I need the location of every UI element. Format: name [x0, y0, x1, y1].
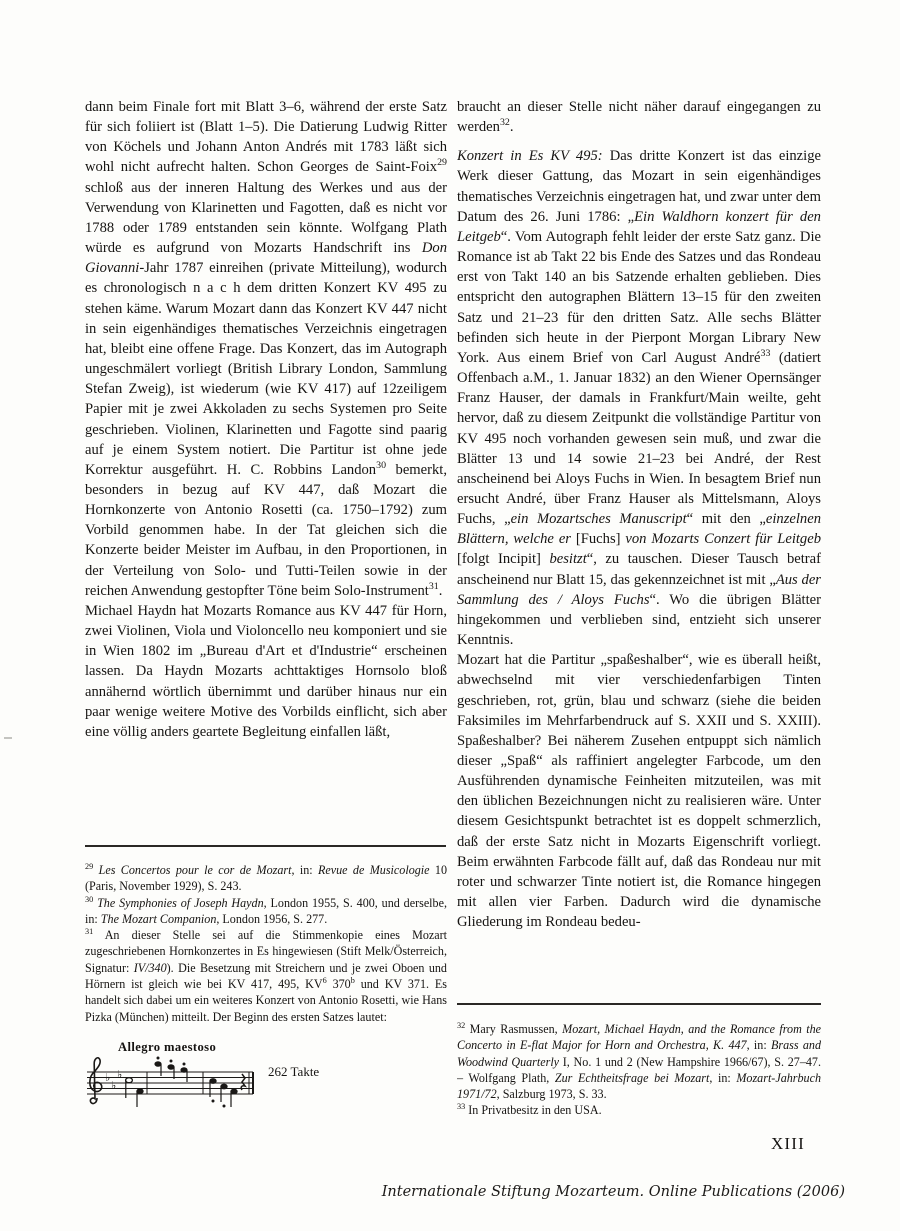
right-column: braucht an dieser Stelle nicht näher dar… [457, 97, 821, 1003]
length-caption: 262 Takte [268, 1064, 319, 1080]
flat-sign: ♭ [111, 1079, 116, 1092]
paragraph: Konzert in Es KV 495: Das dritte Konzert… [457, 146, 821, 650]
paragraph: Michael Haydn hat Mozarts Romance aus KV… [85, 601, 447, 742]
footnote: 32 Mary Rasmussen, Mozart, Michael Haydn… [457, 1021, 821, 1102]
right-footnotes: 32 Mary Rasmussen, Mozart, Michael Haydn… [457, 1021, 821, 1129]
paragraph: braucht an dieser Stelle nicht näher dar… [457, 97, 821, 137]
footnote: 29 Les Concertos pour le cor de Mozart, … [85, 862, 447, 895]
left-column: dann beim Finale fort mit Blatt 3–6, wäh… [85, 97, 447, 845]
footnote: 31 An dieser Stelle sei auf die Stimmenk… [85, 927, 447, 1025]
footer-credit: Internationale Stiftung Mozarteum. Onlin… [382, 1184, 845, 1200]
flat-sign: ♭ [105, 1071, 110, 1084]
footnote: 30 The Symphonies of Joseph Haydn, Londo… [85, 895, 447, 928]
footnote-divider-right [457, 1003, 821, 1005]
treble-clef-icon [90, 1058, 102, 1104]
music-staff-incipit: ♭ ♭ ♭ [85, 1050, 275, 1112]
paragraph: dann beim Finale fort mit Blatt 3–6, wäh… [85, 97, 447, 601]
footnote-divider-left [85, 845, 446, 847]
footnote: 33 In Privatbesitz in den USA. [457, 1102, 821, 1118]
scanned-document-page: dann beim Finale fort mit Blatt 3–6, wäh… [0, 0, 900, 1231]
page-number: XIII [457, 1134, 805, 1154]
flat-sign: ♭ [117, 1068, 122, 1081]
scan-artifact-mark [4, 737, 12, 739]
paragraph: Mozart hat die Partitur „spaßeshalber“, … [457, 650, 821, 932]
left-footnotes: 29 Les Concertos pour le cor de Mozart, … [85, 862, 447, 1038]
